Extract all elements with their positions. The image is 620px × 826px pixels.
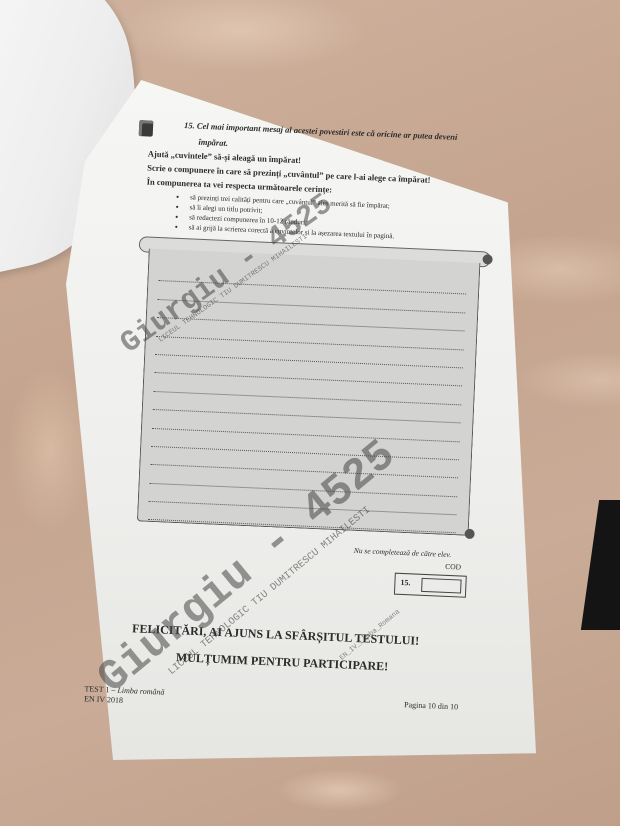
writing-exercise-icon bbox=[139, 120, 154, 137]
footer-test-info: TEST 1 – Limba română EN IV 2018 bbox=[84, 684, 165, 707]
footer-exam: EN IV 2018 bbox=[84, 694, 123, 705]
grader-note: Nu se completează de către elev. bbox=[354, 546, 452, 559]
footer-subject: Limba română bbox=[117, 686, 164, 697]
congratulations-heading: FELICITĂRI, AI AJUNS LA SFÂRȘITUL TESTUL… bbox=[132, 621, 420, 649]
page-number: Pagina 10 din 10 bbox=[404, 700, 458, 711]
question-text: Cel mai important mesaj al acestei poves… bbox=[197, 121, 458, 142]
footer-test: TEST 1 – bbox=[84, 684, 117, 694]
thanks-heading: MULȚUMIM PENTRU PARTICIPARE! bbox=[176, 650, 389, 674]
question-text-continued: împărat. bbox=[198, 137, 228, 148]
code-label: COD bbox=[445, 562, 461, 572]
writing-lines bbox=[148, 263, 467, 526]
scroll-curl-icon bbox=[482, 254, 492, 264]
grader-code-box: 15. bbox=[394, 573, 467, 598]
exam-sheet: 15. Cel mai important mesaj al acestei p… bbox=[88, 105, 525, 742]
requirements-list: să prezinți trei calități pentru care „c… bbox=[175, 192, 396, 242]
scroll-curl-icon bbox=[464, 529, 474, 539]
code-box-number: 15. bbox=[400, 578, 410, 587]
code-field bbox=[421, 578, 462, 594]
answer-writing-area[interactable] bbox=[137, 249, 481, 536]
question-number: 15. bbox=[184, 120, 195, 130]
